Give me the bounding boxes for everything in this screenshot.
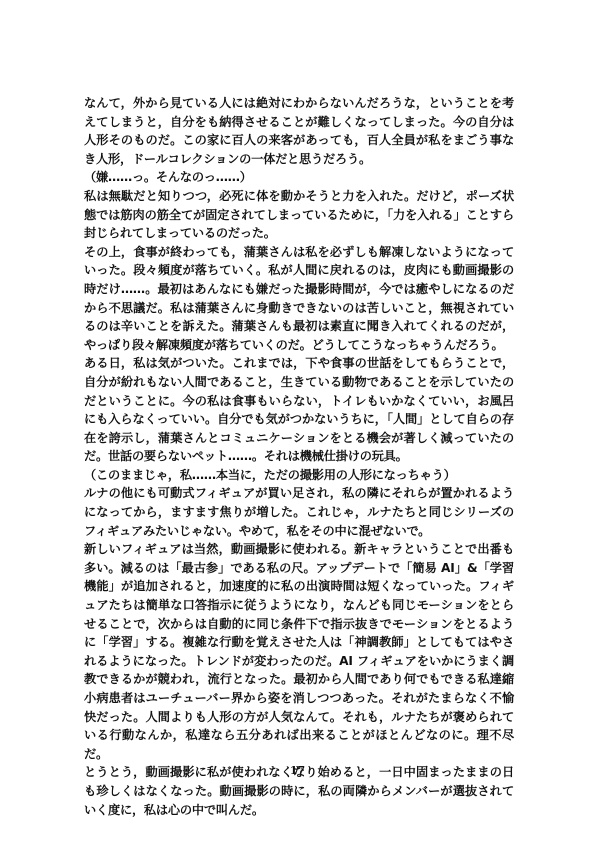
paragraph: なんて，外から見ている人には絶対にわからないんだろうな，ということを考えてしまう… (84, 94, 514, 168)
paragraph: ある日，私は気がついた。これまでは，下や食事の世話をしてもらうことで，自分が紛れ… (84, 354, 514, 466)
document-page: なんて，外から見ている人には絶対にわからないんだろうな，ということを考えてしまう… (0, 0, 595, 842)
inner-thought: （嫌……っ。そんなのっ……） (84, 168, 514, 187)
paragraph: その上，食事が終わっても，蒲葉さんは私を必ずしも解凍しないようになっていった。段… (84, 243, 514, 355)
paragraph: 新しいフィギュアは当然，動画撮影に使われる。新キャラということで出番も多い。減る… (84, 540, 514, 763)
body-text: なんて，外から見ている人には絶対にわからないんだろうな，ということを考えてしまう… (84, 94, 514, 819)
paragraph: ルナの他にも可動式フィギュアが買い足され，私の隣にそれらが置かれるようになってか… (84, 484, 514, 540)
paragraph: 私は無駄だと知りつつ，必死に体を動かそうと力を入れた。だけど，ポーズ状態では筋肉… (84, 187, 514, 243)
inner-thought: （このままじゃ，私……本当に，ただの撮影用の人形になっちゃう） (84, 466, 514, 485)
page-number: 17 (0, 764, 595, 777)
